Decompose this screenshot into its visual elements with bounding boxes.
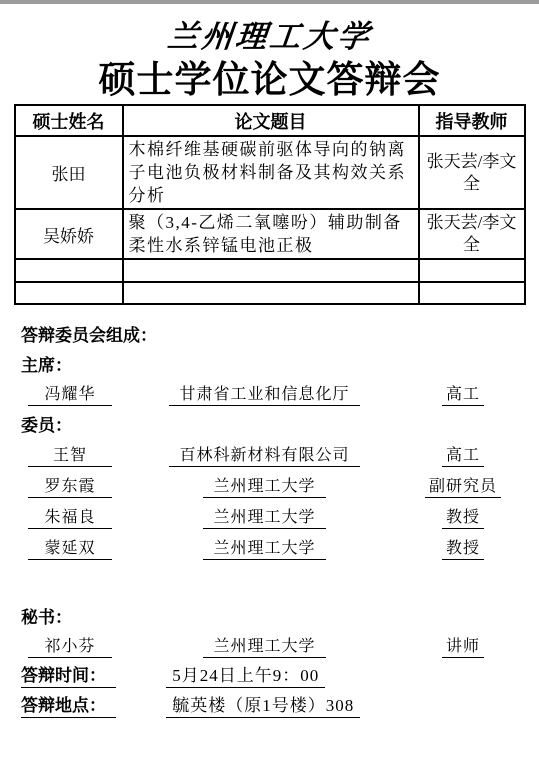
secretary-org-wrap: 兰州理工大学: [140, 636, 390, 658]
student-name: [15, 259, 123, 282]
defense-time-value: 5月24日上午9：00: [166, 665, 325, 688]
header-thesis-title: 论文题目: [123, 105, 419, 136]
page-title: 硕士学位论文答辩会: [0, 59, 539, 102]
advisor-name: [419, 282, 525, 304]
student-name: [15, 282, 123, 304]
secretary-name: 祁小芬: [28, 636, 112, 658]
top-border-bar: [0, 0, 539, 4]
member-row: 朱福良 兰州理工大学 教授: [28, 507, 509, 529]
member-organization: 兰州理工大学: [203, 538, 325, 560]
thesis-title: [123, 282, 419, 304]
defense-table: 硕士姓名 论文题目 指导教师 张田 木棉纤维基硬碳前驱体导向的钠离子电池负极材料…: [14, 104, 526, 305]
member-organization: 兰州理工大学: [203, 476, 325, 498]
advisor-name: [419, 259, 525, 282]
secretary-title-wrap: 讲师: [417, 636, 509, 658]
document-page: 兰州理工大学 硕士学位论文答辩会 硕士姓名 论文题目 指导教师 张田 木棉纤维基…: [0, 0, 539, 759]
members-label: 委员：: [21, 415, 539, 436]
defense-location-value: 毓英楼（原1号楼）308: [166, 695, 360, 718]
defense-time-label: 答辩时间：: [21, 665, 116, 688]
chair-org-wrap: 甘肃省工业和信息化厅: [140, 384, 390, 406]
member-org-wrap: 兰州理工大学: [140, 507, 390, 529]
member-title-wrap: 副研究员: [417, 476, 509, 498]
chair-job-title: 高工: [442, 384, 484, 406]
member-organization: 百林科新材料有限公司: [169, 445, 359, 467]
advisor-name: 张天芸/李文全: [419, 136, 525, 209]
thesis-title: [123, 259, 419, 282]
chair-row: 冯耀华 甘肃省工业和信息化厅 高工: [28, 384, 509, 406]
member-row: 王智 百林科新材料有限公司 高工: [28, 445, 509, 467]
chair-title-wrap: 高工: [417, 384, 509, 406]
member-job-title: 教授: [442, 538, 484, 560]
table-header-row: 硕士姓名 论文题目 指导教师: [15, 105, 525, 136]
member-title-wrap: 教授: [417, 507, 509, 529]
member-job-title: 副研究员: [425, 476, 501, 498]
chair-organization: 甘肃省工业和信息化厅: [169, 384, 359, 406]
member-name: 王智: [28, 445, 112, 467]
university-logo-calligraphy: 兰州理工大学: [0, 15, 539, 59]
advisor-name: 张天芸/李文全: [419, 209, 525, 259]
thesis-title: 木棉纤维基硬碳前驱体导向的钠离子电池负极材料制备及其构效关系分析: [123, 136, 419, 209]
student-name: 吴娇娇: [15, 209, 123, 259]
header-student-name: 硕士姓名: [15, 105, 123, 136]
table-row-empty: [15, 259, 525, 282]
secretary-label: 秘书：: [21, 607, 539, 628]
table-row: 张田 木棉纤维基硬碳前驱体导向的钠离子电池负极材料制备及其构效关系分析 张天芸/…: [15, 136, 525, 209]
secretary-organization: 兰州理工大学: [203, 636, 325, 658]
student-name: 张田: [15, 136, 123, 209]
member-org-wrap: 百林科新材料有限公司: [140, 445, 390, 467]
member-name: 罗东霞: [28, 476, 112, 498]
chair-label: 主席：: [21, 355, 539, 376]
member-row: 蒙延双 兰州理工大学 教授: [28, 538, 509, 560]
chair-name: 冯耀华: [28, 384, 112, 406]
secretary-job-title: 讲师: [442, 636, 484, 658]
member-org-wrap: 兰州理工大学: [140, 538, 390, 560]
defense-location-row: 答辩地点： 毓英楼（原1号楼）308: [21, 695, 539, 718]
thesis-title: 聚（3,4-乙烯二氧噻吩）辅助制备柔性水系锌锰电池正极: [123, 209, 419, 259]
header-advisor: 指导教师: [419, 105, 525, 136]
defense-location-label: 答辩地点：: [21, 695, 116, 718]
table-row-empty: [15, 282, 525, 304]
member-job-title: 高工: [442, 445, 484, 467]
member-org-wrap: 兰州理工大学: [140, 476, 390, 498]
member-job-title: 教授: [442, 507, 484, 529]
member-name: 朱福良: [28, 507, 112, 529]
secretary-row: 祁小芬 兰州理工大学 讲师: [28, 636, 509, 658]
member-title-wrap: 教授: [417, 538, 509, 560]
table-row: 吴娇娇 聚（3,4-乙烯二氧噻吩）辅助制备柔性水系锌锰电池正极 张天芸/李文全: [15, 209, 525, 259]
member-row: 罗东霞 兰州理工大学 副研究员: [28, 476, 509, 498]
defense-time-row: 答辩时间： 5月24日上午9：00: [21, 665, 539, 688]
member-name: 蒙延双: [28, 538, 112, 560]
member-title-wrap: 高工: [417, 445, 509, 467]
member-organization: 兰州理工大学: [203, 507, 325, 529]
committee-section-label: 答辩委员会组成：: [21, 325, 539, 346]
